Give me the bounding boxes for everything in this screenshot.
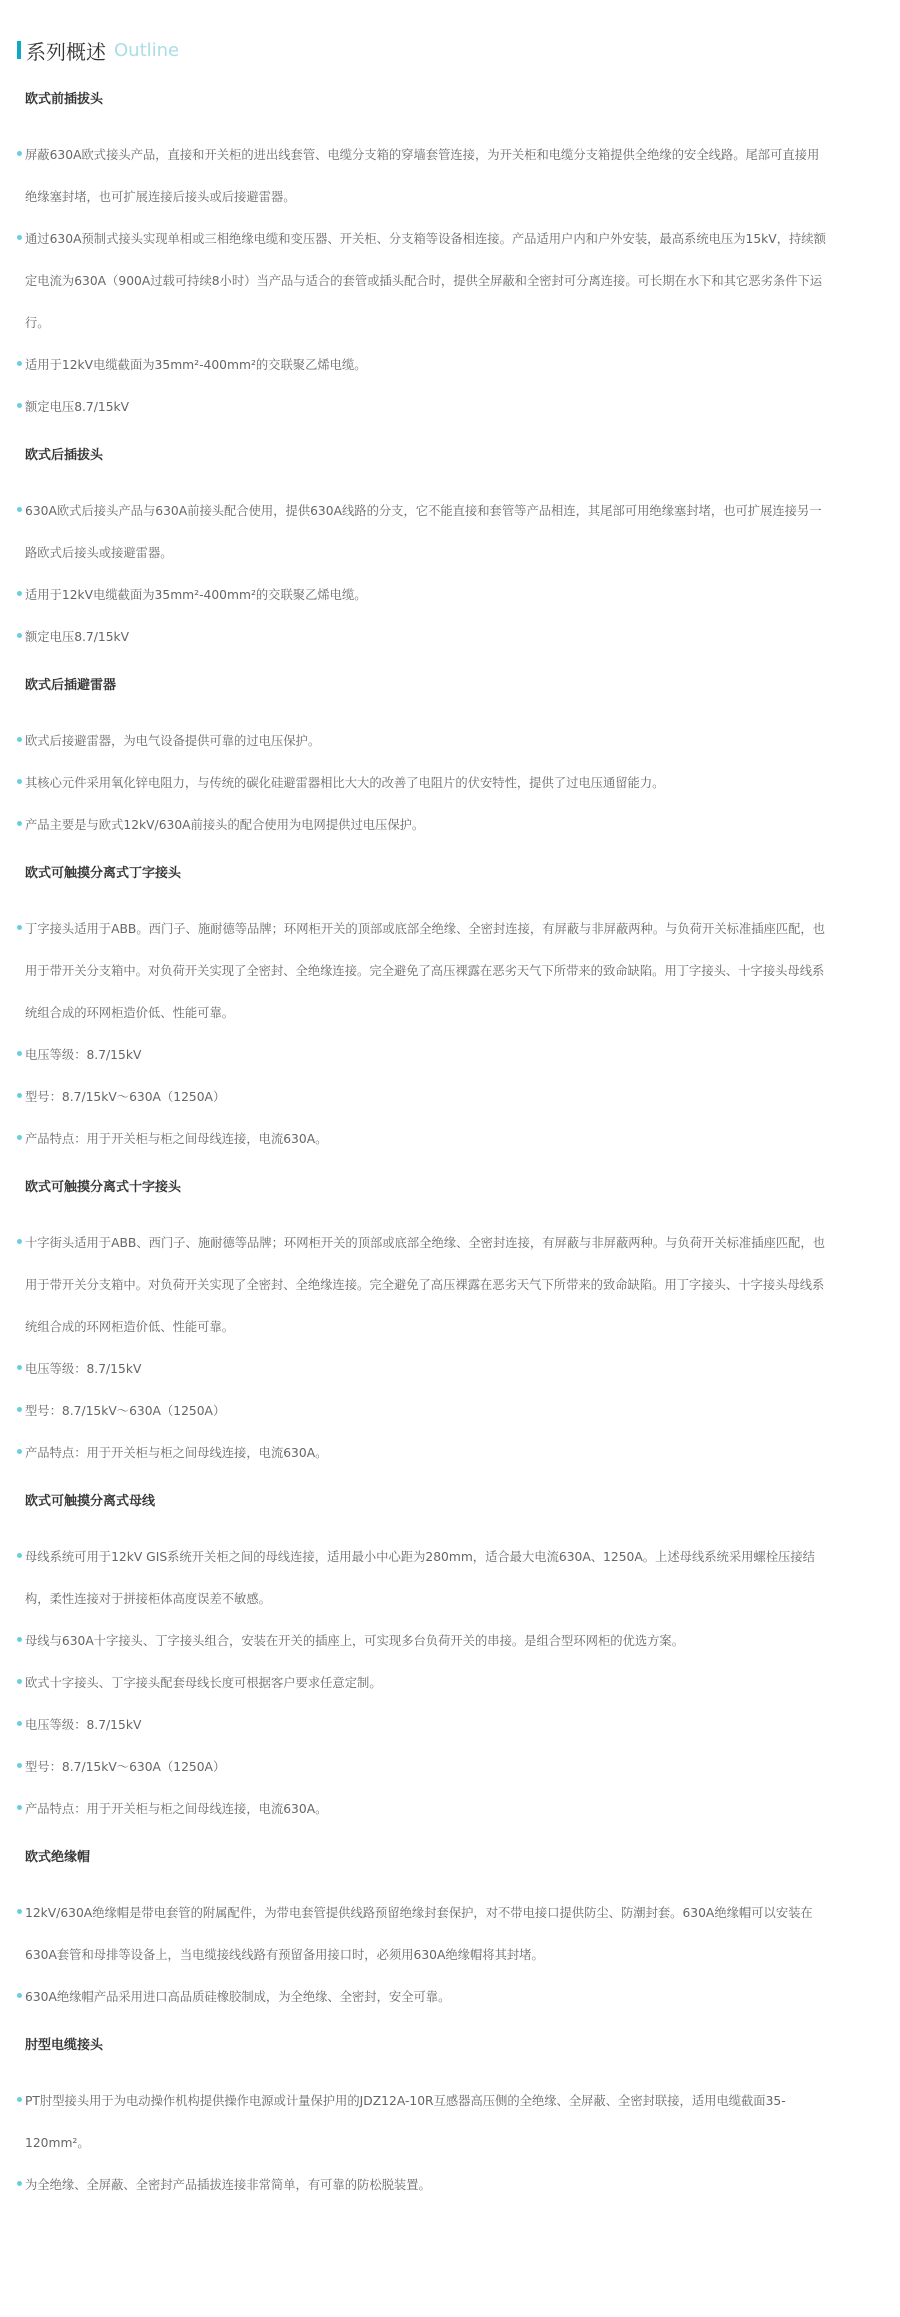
- bullet-text: 产品特点：用于开关柜与柜之间母线连接，电流630A。: [25, 1446, 327, 1460]
- product-section: 欧式前插拔头 屏蔽630A欧式接头产品，直接和开关柜的进出线套管、电缆分支箱的穿…: [0, 90, 900, 446]
- section-spacer: [0, 1474, 900, 1492]
- page-title: 系列概述 Outline: [17, 36, 900, 64]
- bullet-item: 12kV/630A绝缘帽是带电套管的附属配件，为带电套管提供线路预留绝缘封套保护…: [0, 1892, 900, 1976]
- bullet-text: 630A欧式后接头产品与630A前接头配合使用，提供630A线路的分支，它不能直…: [25, 504, 822, 560]
- bullet-text: 630A绝缘帽产品采用进口高品质硅橡胶制成，为全绝缘、全密封，安全可靠。: [25, 1990, 450, 2004]
- bullet-text: 型号：8.7/15kV～630A（1250A）: [25, 1760, 225, 1774]
- bullet-item: 型号：8.7/15kV～630A（1250A）: [0, 1390, 900, 1432]
- bullet-list: PT肘型接头用于为电动操作机构提供操作电源或计量保护用的JDZ12A-10R互感…: [0, 2080, 900, 2206]
- bullet-dot-icon: [17, 1449, 22, 1454]
- bullet-list: 屏蔽630A欧式接头产品，直接和开关柜的进出线套管、电缆分支箱的穿墙套管连接，为…: [0, 134, 900, 428]
- bullet-list: 630A欧式后接头产品与630A前接头配合使用，提供630A线路的分支，它不能直…: [0, 490, 900, 658]
- bullet-dot-icon: [17, 403, 22, 408]
- bullet-dot-icon: [17, 591, 22, 596]
- bullet-text: 欧式十字接头、丁字接头配套母线长度可根据客户要求任意定制。: [25, 1676, 382, 1690]
- bullet-dot-icon: [17, 1805, 22, 1810]
- section-heading: 欧式前插拔头: [25, 90, 900, 110]
- bullet-list: 十字街头适用于ABB、西门子、施耐德等品牌；环网柜开关的顶部或底部全绝缘、全密封…: [0, 1222, 900, 1474]
- bullet-item: 适用于12kV电缆截面为35mm²-400mm²的交联聚乙烯电缆。: [0, 344, 900, 386]
- title-chinese: 系列概述: [26, 36, 106, 65]
- product-section: 欧式可触摸分离式十字接头 十字街头适用于ABB、西门子、施耐德等品牌；环网柜开关…: [0, 1178, 900, 1492]
- bullet-item: 电压等级：8.7/15kV: [0, 1704, 900, 1746]
- bullet-dot-icon: [17, 1135, 22, 1140]
- bullet-dot-icon: [17, 1553, 22, 1558]
- bullet-list: 丁字接头适用于ABB。西门子、施耐德等品牌；环网柜开关的顶部或底部全绝缘、全密封…: [0, 908, 900, 1160]
- bullet-item: 母线系统可用于12kV GIS系统开关柜之间的母线连接，适用最小中心距为280m…: [0, 1536, 900, 1620]
- bullet-item: 额定电压8.7/15kV: [0, 386, 900, 428]
- section-spacer: [0, 1160, 900, 1178]
- title-english: Outline: [114, 40, 179, 61]
- bullet-dot-icon: [17, 2181, 22, 2186]
- section-heading: 欧式可触摸分离式母线: [25, 1492, 900, 1512]
- product-section: 欧式后插避雷器 欧式后接避雷器，为电气设备提供可靠的过电压保护。 其核心元件采用…: [0, 676, 900, 864]
- bullet-dot-icon: [17, 1407, 22, 1412]
- section-spacer: [0, 428, 900, 446]
- bullet-text: 型号：8.7/15kV～630A（1250A）: [25, 1090, 225, 1104]
- bullet-text: 丁字接头适用于ABB。西门子、施耐德等品牌；环网柜开关的顶部或底部全绝缘、全密封…: [25, 922, 825, 1020]
- bullet-dot-icon: [17, 821, 22, 826]
- bullet-dot-icon: [17, 1239, 22, 1244]
- bullet-item: 十字街头适用于ABB、西门子、施耐德等品牌；环网柜开关的顶部或底部全绝缘、全密封…: [0, 1222, 900, 1348]
- section-heading: 欧式后插避雷器: [25, 676, 900, 696]
- bullet-item: 通过630A预制式接头实现单相或三相绝缘电缆和变压器、开关柜、分支箱等设备相连接…: [0, 218, 900, 344]
- bullet-item: 欧式十字接头、丁字接头配套母线长度可根据客户要求任意定制。: [0, 1662, 900, 1704]
- bullet-text: 产品主要是与欧式12kV/630A前接头的配合使用为电网提供过电压保护。: [25, 818, 424, 832]
- bullet-item: 型号：8.7/15kV～630A（1250A）: [0, 1746, 900, 1788]
- section-heading: 欧式后插拔头: [25, 446, 900, 466]
- bullet-item: 产品特点：用于开关柜与柜之间母线连接，电流630A。: [0, 1788, 900, 1830]
- bullet-dot-icon: [17, 1993, 22, 1998]
- bullet-text: 电压等级：8.7/15kV: [25, 1048, 141, 1062]
- bullet-dot-icon: [17, 1721, 22, 1726]
- bullet-dot-icon: [17, 2097, 22, 2102]
- bullet-text: PT肘型接头用于为电动操作机构提供操作电源或计量保护用的JDZ12A-10R互感…: [25, 2094, 786, 2150]
- bullet-item: 产品主要是与欧式12kV/630A前接头的配合使用为电网提供过电压保护。: [0, 804, 900, 846]
- bullet-item: 630A绝缘帽产品采用进口高品质硅橡胶制成，为全绝缘、全密封，安全可靠。: [0, 1976, 900, 2018]
- bullet-dot-icon: [17, 151, 22, 156]
- section-spacer: [0, 2206, 900, 2224]
- bullet-text: 通过630A预制式接头实现单相或三相绝缘电缆和变压器、开关柜、分支箱等设备相连接…: [25, 232, 826, 330]
- bullet-dot-icon: [17, 1763, 22, 1768]
- bullet-item: 产品特点：用于开关柜与柜之间母线连接，电流630A。: [0, 1432, 900, 1474]
- bullet-text: 其核心元件采用氧化锌电阻力，与传统的碳化硅避雷器相比大大的改善了电阻片的伏安特性…: [25, 776, 664, 790]
- product-section: 欧式可触摸分离式母线 母线系统可用于12kV GIS系统开关柜之间的母线连接，适…: [0, 1492, 900, 1848]
- bullet-text: 型号：8.7/15kV～630A（1250A）: [25, 1404, 225, 1418]
- bullet-text: 母线与630A十字接头、丁字接头组合，安装在开关的插座上，可实现多台负荷开关的串…: [25, 1634, 684, 1648]
- bullet-dot-icon: [17, 507, 22, 512]
- bullet-text: 产品特点：用于开关柜与柜之间母线连接，电流630A。: [25, 1132, 327, 1146]
- section-heading: 欧式可触摸分离式丁字接头: [25, 864, 900, 884]
- product-section: 肘型电缆接头 PT肘型接头用于为电动操作机构提供操作电源或计量保护用的JDZ12…: [0, 2036, 900, 2224]
- bullet-item: 丁字接头适用于ABB。西门子、施耐德等品牌；环网柜开关的顶部或底部全绝缘、全密封…: [0, 908, 900, 1034]
- bullet-item: 电压等级：8.7/15kV: [0, 1348, 900, 1390]
- bullet-dot-icon: [17, 737, 22, 742]
- product-section: 欧式绝缘帽 12kV/630A绝缘帽是带电套管的附属配件，为带电套管提供线路预留…: [0, 1848, 900, 2036]
- bullet-text: 12kV/630A绝缘帽是带电套管的附属配件，为带电套管提供线路预留绝缘封套保护…: [25, 1906, 813, 1962]
- bullet-text: 电压等级：8.7/15kV: [25, 1362, 141, 1376]
- bullet-text: 额定电压8.7/15kV: [25, 630, 129, 644]
- section-spacer: [0, 1830, 900, 1848]
- bullet-text: 十字街头适用于ABB、西门子、施耐德等品牌；环网柜开关的顶部或底部全绝缘、全密封…: [25, 1236, 825, 1334]
- bullet-dot-icon: [17, 1909, 22, 1914]
- bullet-text: 电压等级：8.7/15kV: [25, 1718, 141, 1732]
- bullet-item: 电压等级：8.7/15kV: [0, 1034, 900, 1076]
- bullet-item: 型号：8.7/15kV～630A（1250A）: [0, 1076, 900, 1118]
- bullet-item: 其核心元件采用氧化锌电阻力，与传统的碳化硅避雷器相比大大的改善了电阻片的伏安特性…: [0, 762, 900, 804]
- bullet-item: 产品特点：用于开关柜与柜之间母线连接，电流630A。: [0, 1118, 900, 1160]
- bullet-list: 欧式后接避雷器，为电气设备提供可靠的过电压保护。 其核心元件采用氧化锌电阻力，与…: [0, 720, 900, 846]
- bullet-text: 母线系统可用于12kV GIS系统开关柜之间的母线连接，适用最小中心距为280m…: [25, 1550, 815, 1606]
- bullet-text: 屏蔽630A欧式接头产品，直接和开关柜的进出线套管、电缆分支箱的穿墙套管连接，为…: [25, 148, 819, 204]
- product-section: 欧式后插拔头 630A欧式后接头产品与630A前接头配合使用，提供630A线路的…: [0, 446, 900, 676]
- bullet-list: 母线系统可用于12kV GIS系统开关柜之间的母线连接，适用最小中心距为280m…: [0, 1536, 900, 1830]
- bullet-dot-icon: [17, 779, 22, 784]
- bullet-dot-icon: [17, 925, 22, 930]
- bullet-text: 为全绝缘、全屏蔽、全密封产品插拔连接非常简单，有可靠的防松脱装置。: [25, 2178, 431, 2192]
- bullet-text: 适用于12kV电缆截面为35mm²-400mm²的交联聚乙烯电缆。: [25, 588, 367, 602]
- outline-page: 系列概述 Outline 欧式前插拔头 屏蔽630A欧式接头产品，直接和开关柜的…: [0, 0, 900, 2244]
- bullet-dot-icon: [17, 361, 22, 366]
- bullet-text: 产品特点：用于开关柜与柜之间母线连接，电流630A。: [25, 1802, 327, 1816]
- section-heading: 欧式绝缘帽: [25, 1848, 900, 1868]
- title-accent-bar: [17, 41, 21, 59]
- bullet-item: 欧式后接避雷器，为电气设备提供可靠的过电压保护。: [0, 720, 900, 762]
- bullet-item: 适用于12kV电缆截面为35mm²-400mm²的交联聚乙烯电缆。: [0, 574, 900, 616]
- bullet-dot-icon: [17, 235, 22, 240]
- bullet-item: 为全绝缘、全屏蔽、全密封产品插拔连接非常简单，有可靠的防松脱装置。: [0, 2164, 900, 2206]
- bullet-item: 母线与630A十字接头、丁字接头组合，安装在开关的插座上，可实现多台负荷开关的串…: [0, 1620, 900, 1662]
- bullet-text: 适用于12kV电缆截面为35mm²-400mm²的交联聚乙烯电缆。: [25, 358, 367, 372]
- bullet-item: 屏蔽630A欧式接头产品，直接和开关柜的进出线套管、电缆分支箱的穿墙套管连接，为…: [0, 134, 900, 218]
- bullet-item: PT肘型接头用于为电动操作机构提供操作电源或计量保护用的JDZ12A-10R互感…: [0, 2080, 900, 2164]
- section-heading: 欧式可触摸分离式十字接头: [25, 1178, 900, 1198]
- bullet-list: 12kV/630A绝缘帽是带电套管的附属配件，为带电套管提供线路预留绝缘封套保护…: [0, 1892, 900, 2018]
- bullet-item: 630A欧式后接头产品与630A前接头配合使用，提供630A线路的分支，它不能直…: [0, 490, 900, 574]
- bullet-dot-icon: [17, 1679, 22, 1684]
- bullet-dot-icon: [17, 1365, 22, 1370]
- bullet-dot-icon: [17, 633, 22, 638]
- bullet-dot-icon: [17, 1051, 22, 1056]
- bullet-text: 额定电压8.7/15kV: [25, 400, 129, 414]
- section-heading: 肘型电缆接头: [25, 2036, 900, 2056]
- product-section: 欧式可触摸分离式丁字接头 丁字接头适用于ABB。西门子、施耐德等品牌；环网柜开关…: [0, 864, 900, 1178]
- bullet-item: 额定电压8.7/15kV: [0, 616, 900, 658]
- section-spacer: [0, 658, 900, 676]
- section-spacer: [0, 2018, 900, 2036]
- sections-container: 欧式前插拔头 屏蔽630A欧式接头产品，直接和开关柜的进出线套管、电缆分支箱的穿…: [0, 90, 900, 2224]
- bullet-dot-icon: [17, 1093, 22, 1098]
- bullet-text: 欧式后接避雷器，为电气设备提供可靠的过电压保护。: [25, 734, 320, 748]
- bullet-dot-icon: [17, 1637, 22, 1642]
- section-spacer: [0, 846, 900, 864]
